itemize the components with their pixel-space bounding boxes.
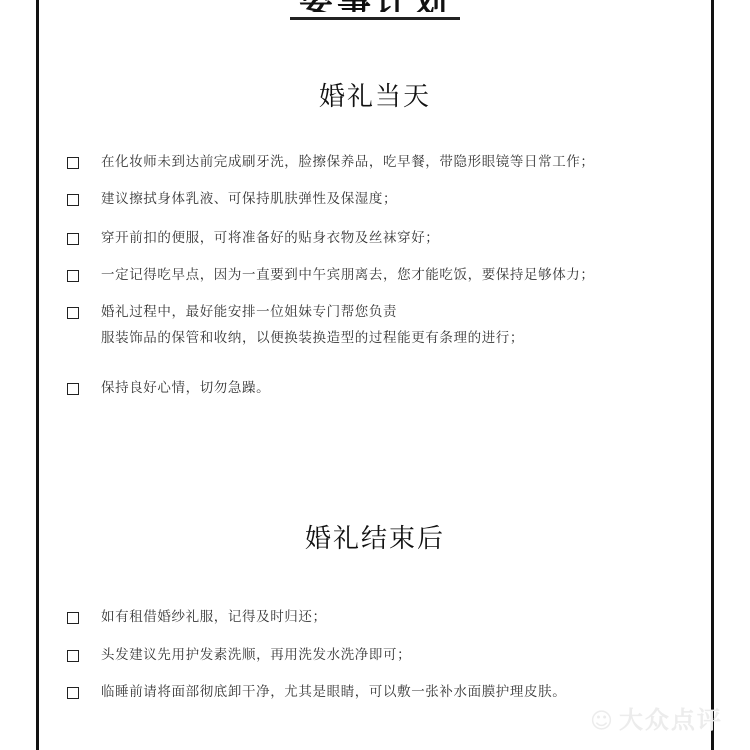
top-heading: 要事计划 [290, 0, 460, 12]
checkbox[interactable] [67, 650, 79, 662]
checkbox[interactable] [67, 157, 79, 169]
top-heading-clip: 要事计划 [290, 0, 460, 12]
checklist-item-text: 婚礼过程中，最好能安排一位姐妹专门帮您负责 [101, 300, 397, 325]
checklist-item-text: 临睡前请将面部彻底卸干净，尤其是眼睛，可以敷一张补水面膜护理皮肤。 [101, 680, 566, 705]
watermark-text: 大众点评 [619, 706, 723, 734]
checklist-item-text: 建议擦拭身体乳液、可保持肌肤弹性及保湿度； [101, 187, 397, 212]
checkbox[interactable] [67, 687, 79, 699]
checklist-item-text: 保持良好心情，切勿急躁。 [101, 376, 270, 401]
checklist-item-text-line2: 服装饰品的保管和收纳，以便换装换造型的过程能更有条理的进行； [101, 326, 524, 351]
checklist-item-text: 在化妆师未到达前完成刷牙洗，脸擦保养品，吃早餐，带隐形眼镜等日常工作； [101, 150, 595, 175]
checklist-item-text: 一定记得吃早点，因为一直要到中午宾朋离去，您才能吃饭，要保持足够体力； [101, 263, 595, 288]
dianping-person-icon: ☺ [590, 709, 615, 734]
section-title-after-wedding: 婚礼结束后 [0, 518, 750, 555]
checklist-item-text: 头发建议先用护发素洗顺，再用洗发水洗净即可； [101, 643, 411, 668]
checklist-item-text: 如有租借婚纱礼服，记得及时归还； [101, 605, 327, 630]
top-heading-underline [290, 17, 460, 20]
checkbox[interactable] [67, 194, 79, 206]
checkbox[interactable] [67, 612, 79, 624]
checkbox[interactable] [67, 383, 79, 395]
section-title-wedding-day: 婚礼当天 [0, 76, 750, 113]
checklist-item-text: 穿开前扣的便服，可将准备好的贴身衣物及丝袜穿好； [101, 226, 439, 251]
checkbox[interactable] [67, 307, 79, 319]
checkbox[interactable] [67, 233, 79, 245]
checkbox[interactable] [67, 270, 79, 282]
watermark: ☺大众点评 [590, 700, 723, 735]
